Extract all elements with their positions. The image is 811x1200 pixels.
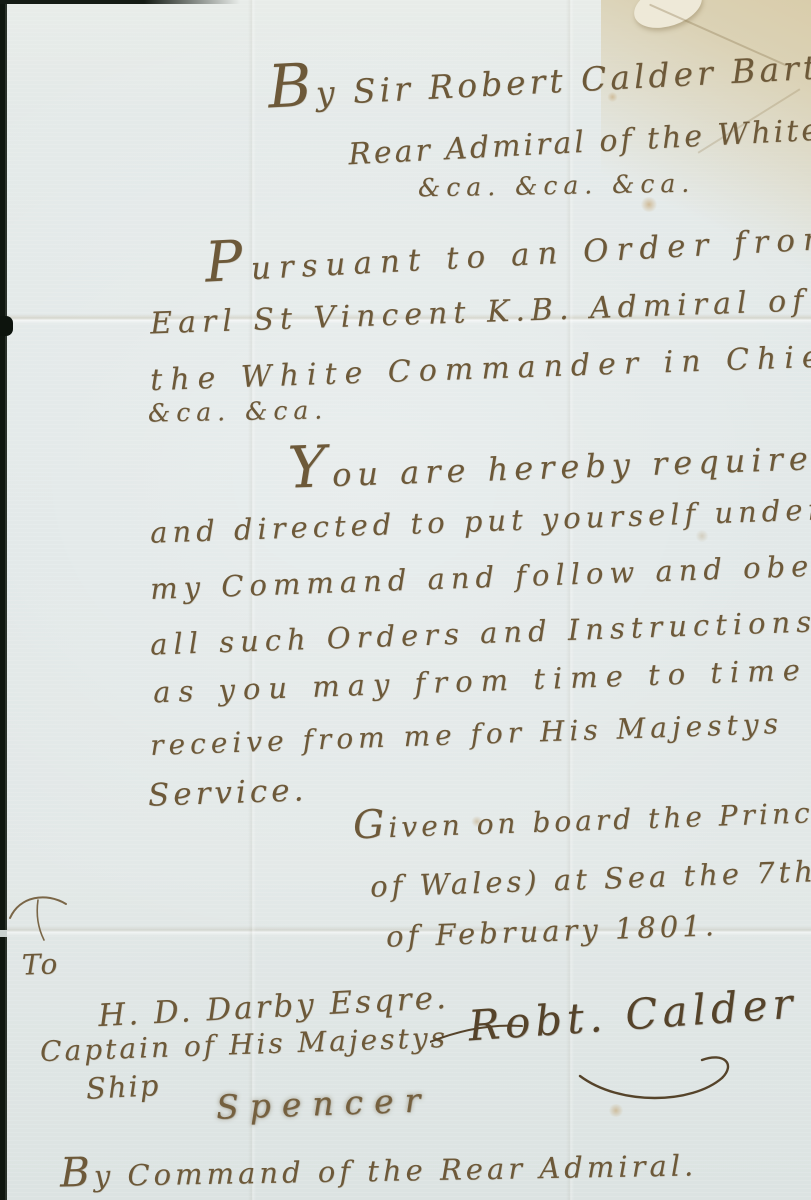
preamble-etcetera-line: &ca. &ca.: [148, 396, 329, 427]
scan-edge-top: [0, 0, 240, 4]
foxing-spot: [640, 197, 658, 212]
manuscript-scan: By Sir Robert Calder Bart Rear Admiral o…: [0, 0, 811, 1200]
footer-command-line: By Command of the Rear Admiral.: [60, 1150, 698, 1193]
pen-flourish: [8, 888, 78, 944]
address-ship-name: Spencer: [215, 1082, 431, 1126]
address-ship-label: Ship: [85, 1070, 161, 1106]
dateline-line-1: Given on board the Prince: [353, 798, 811, 846]
body-line-6: receive from me for His Majestys: [150, 709, 784, 762]
scan-edge-gap: [0, 930, 7, 937]
scan-edge-notch: [0, 316, 13, 336]
heading-etcetera-line: &ca. &ca. &ca.: [418, 170, 696, 202]
body-line-7: Service.: [147, 773, 307, 813]
foxing-spot: [695, 530, 709, 542]
dateline-line-2: of Wales) at Sea the 7th: [370, 856, 811, 903]
address-to: To: [21, 949, 59, 981]
scan-edge-left: [0, 0, 7, 1200]
dateline-line-3: of February 1801.: [386, 910, 719, 953]
body-line-1: You are hereby required: [288, 440, 811, 494]
